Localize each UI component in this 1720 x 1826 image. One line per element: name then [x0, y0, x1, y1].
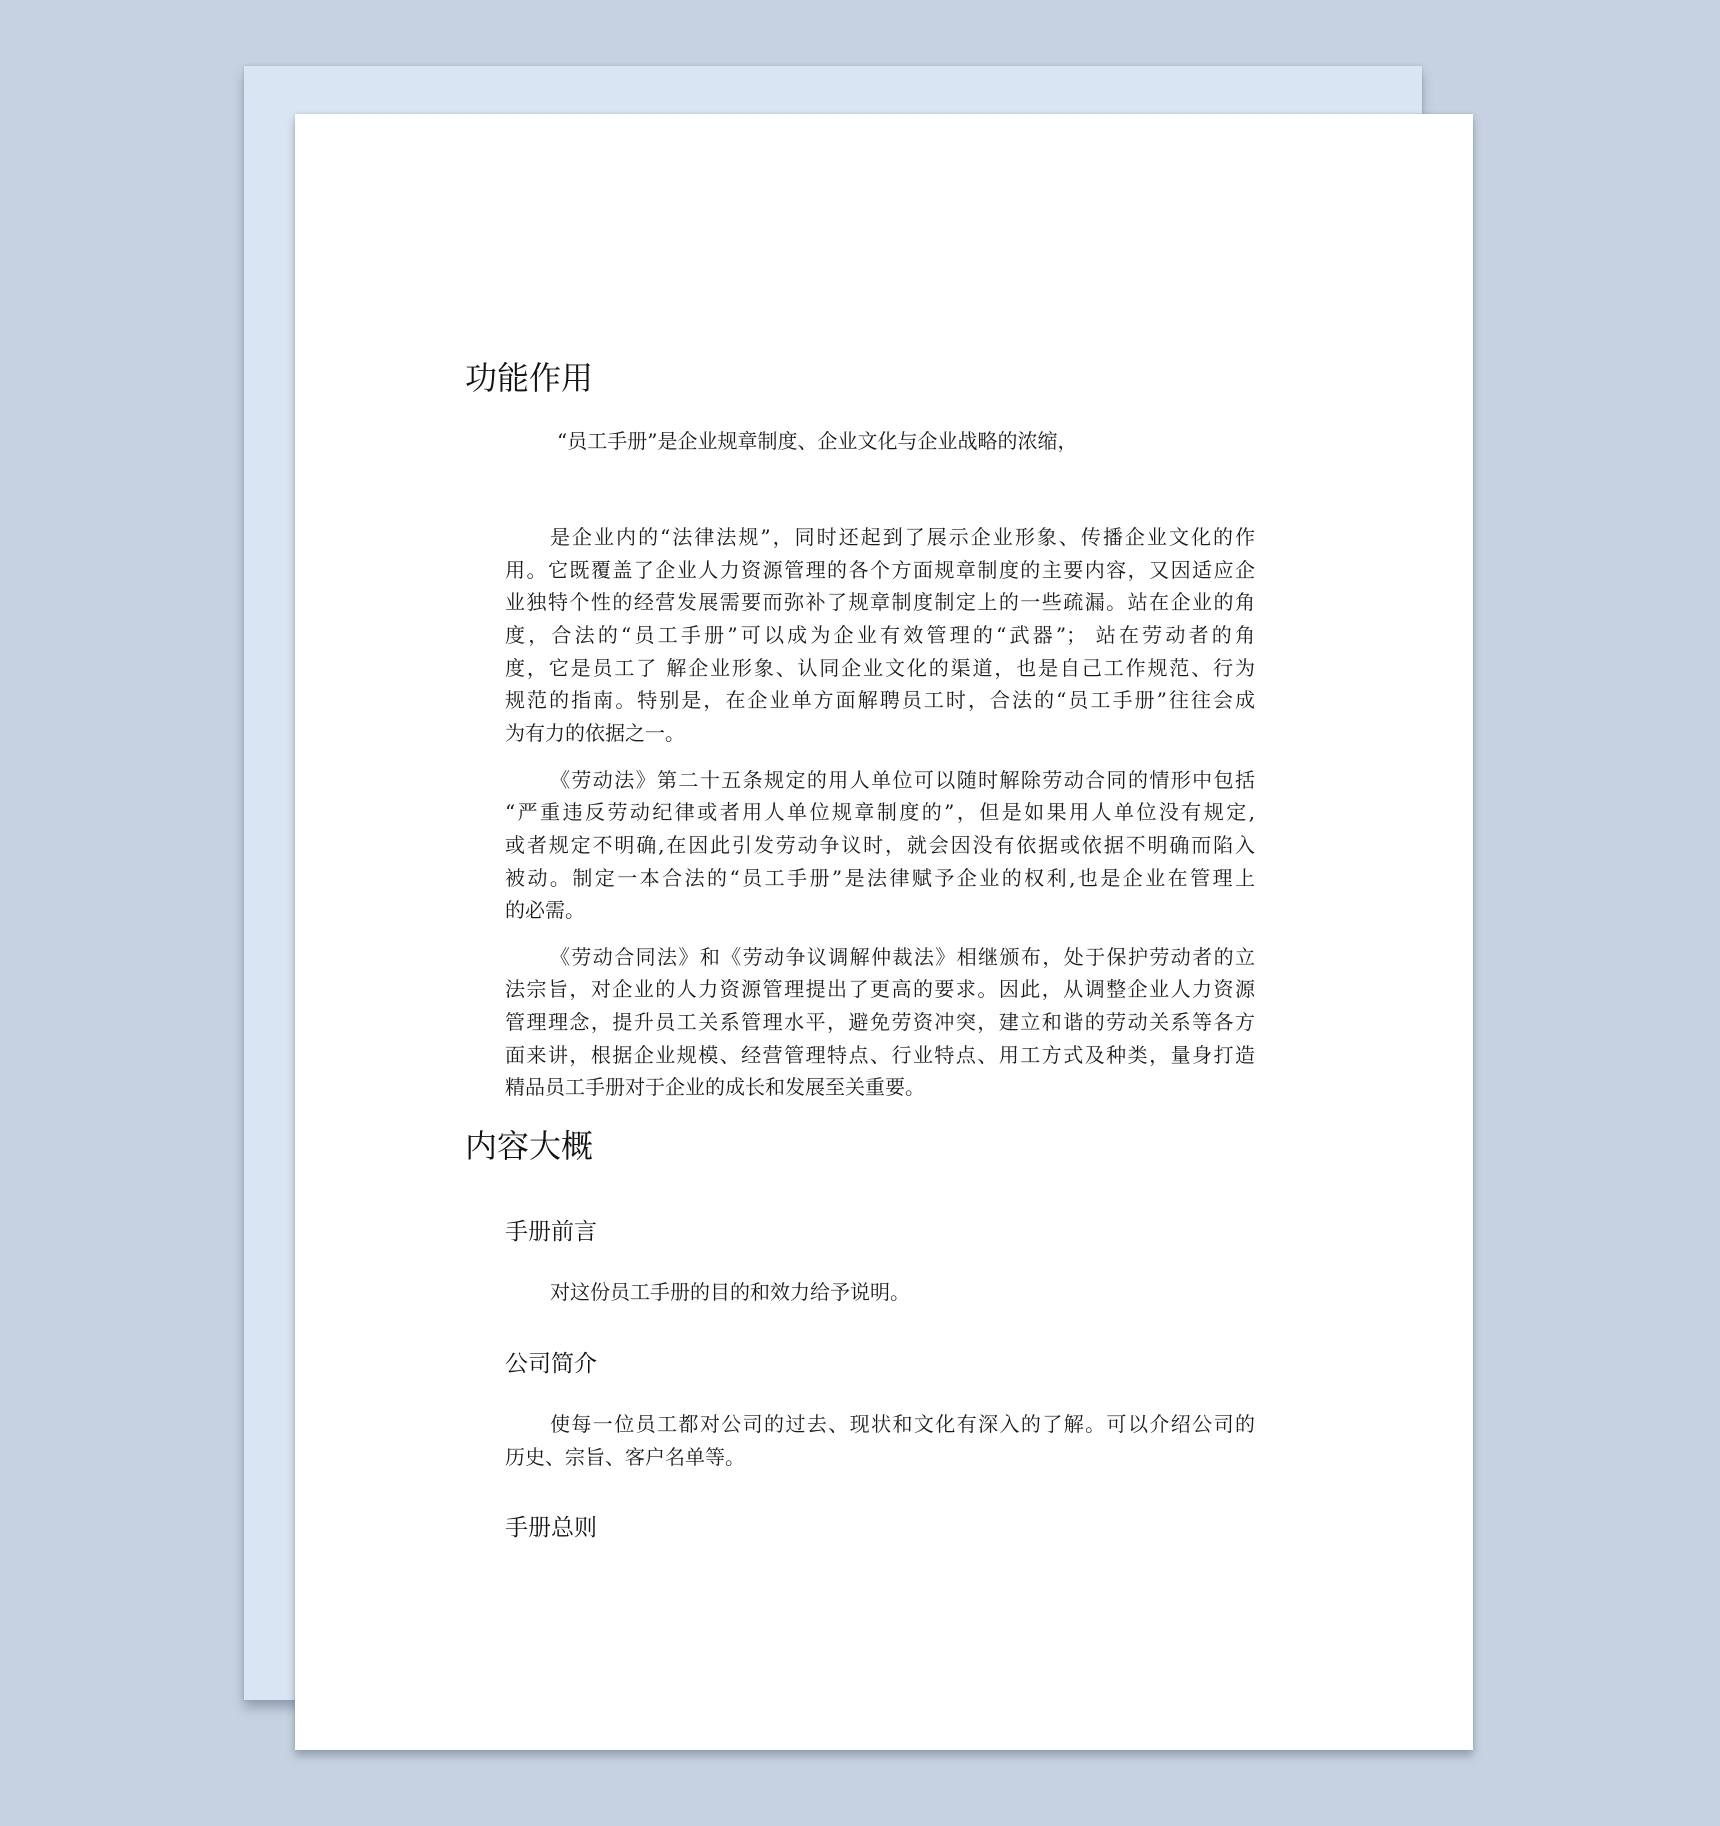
paragraph-line: 法宗旨，对企业的人力资源管理提出了更高的要求。因此，从调整企业人力资源 [505, 973, 1255, 1005]
paragraph-line: 面来讲，根据企业规模、经营管理特点、行业特点、用工方式及种类，量身打造 [505, 1039, 1255, 1071]
paragraph-line: 精品员工手册对于企业的成长和发展至关重要。 [505, 1071, 1255, 1103]
subsection-heading-preface: 手册前言 [505, 1217, 597, 1247]
section-heading-functions: 功能作用 [465, 358, 593, 398]
paragraph-line: 为有力的依据之一。 [505, 717, 1255, 749]
paragraph-line: 管理理念，提升员工关系管理水平，避免劳资冲突，建立和谐的劳动关系等各方 [505, 1006, 1255, 1038]
paragraph-line: 对这份员工手册的目的和效力给予说明。 [550, 1276, 1255, 1308]
paragraph-line: 用。它既覆盖了企业人力资源管理的各个方面规章制度的主要内容，又因适应企 [505, 554, 1255, 586]
document-page: 功能作用 “员工手册”是企业规章制度、企业文化与企业战略的浓缩， 是企业内的“法… [295, 114, 1473, 1750]
subsection-heading-company-intro: 公司简介 [505, 1349, 597, 1379]
section-heading-contents: 内容大概 [465, 1126, 593, 1166]
intro-line: “员工手册”是企业规章制度、企业文化与企业战略的浓缩， [557, 425, 1077, 457]
paragraph-line: 或者规定不明确,在因此引发劳动争议时，就会因没有依据或依据不明确而陷入 [505, 829, 1255, 861]
paragraph-line: 《劳动法》第二十五条规定的用人单位可以随时解除劳动合同的情形中包括 [550, 764, 1255, 796]
paragraph-line: 是企业内的“法律法规”，同时还起到了展示企业形象、传播企业文化的作 [550, 521, 1255, 553]
paragraph-line: 规范的指南。特别是，在企业单方面解聘员工时，合法的“员工手册”往往会成 [505, 684, 1255, 716]
paragraph-line: 历史、宗旨、客户名单等。 [505, 1441, 1255, 1473]
paragraph-line: 业独特个性的经营发展需要而弥补了规章制度制定上的一些疏漏。站在企业的角 [505, 586, 1255, 618]
paragraph-line: 被动。制定一本合法的“员工手册”是法律赋予企业的权利,也是企业在管理上 [505, 862, 1255, 894]
paragraph-line: 的必需。 [505, 894, 1255, 926]
subsection-heading-general-rules: 手册总则 [505, 1513, 597, 1543]
document-content: 功能作用 “员工手册”是企业规章制度、企业文化与企业战略的浓缩， 是企业内的“法… [295, 114, 1473, 1750]
paragraph-line: “严重违反劳动纪律或者用人单位规章制度的”，但是如果用人单位没有规定, [505, 796, 1255, 828]
paragraph-line: 度，它是员工了 解企业形象、认同企业文化的渠道，也是自己工作规范、行为 [505, 652, 1255, 684]
paragraph-line: 《劳动合同法》和《劳动争议调解仲裁法》相继颁布，处于保护劳动者的立 [550, 941, 1255, 973]
paragraph-line: 使每一位员工都对公司的过去、现状和文化有深入的了解。可以介绍公司的 [550, 1408, 1255, 1440]
paragraph-line: 度，合法的“员工手册”可以成为企业有效管理的“武器”； 站在劳动者的角 [505, 619, 1255, 651]
